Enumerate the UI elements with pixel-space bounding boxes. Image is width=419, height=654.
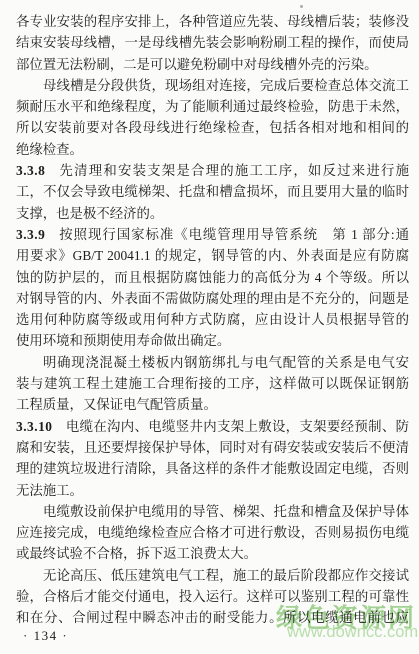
text-line: 用要求》GB/T 20041.1 的规定，钢导管的内、外表面是应有防腐 (16, 245, 409, 266)
line-text: 验，合格后才能交付通电，投入运行。这样可以鉴别工程的可靠性 (16, 589, 409, 604)
clause-number: 3.3.8 (16, 163, 45, 178)
text-line: 理的建筑垃圾进行清除，具备这样的条件才能敷设固定电缆，否则 (16, 458, 409, 479)
text-line: 腐和安装，且还要焊接保护导体，同时对有碍安装或安装后不便清 (16, 437, 409, 458)
text-line: 绝缘检查。 (16, 139, 409, 160)
text-line: 部位置无法粉刷，二是可以避免粉刷中对母线槽外壳的污染。 (16, 54, 409, 75)
line-text: 母线槽是分段供货，现场组对连接，完成后要检查总体交流工 (43, 78, 409, 93)
line-text: 结束安装母线槽，一是母线槽先装会影响粉刷工程的操作，而使局 (16, 35, 409, 50)
text-line: 和在分、合闸过程中瞬态冲击的耐受能力。所以电缆通电前也应 (16, 607, 409, 628)
text-line: 3.3.10电缆在沟内、电缆竖井内支架上敷设，支架要经预制、防 (16, 416, 409, 437)
line-text: 和在分、合闸过程中瞬态冲击的耐受能力。所以电缆通电前也应 (16, 610, 409, 625)
line-text: 蚀的防护层的，而且根据防腐蚀能力的高低分为 4 个等级。所以 (16, 270, 409, 285)
clause-number: 3.3.9 (16, 227, 45, 242)
text-line: 无论高压、低压建筑电气工程，施工的最后阶段都应作交接试 (16, 565, 409, 586)
line-text: 绝缘检查。 (16, 142, 83, 157)
line-text: 使用环境和预期使用寿命做出确定。 (16, 333, 230, 348)
line-text: 无论高压、低压建筑电气工程，施工的最后阶段都应作交接试 (43, 568, 409, 583)
line-text: 腐和安装，且还要焊接保护导体，同时对有碍安装或安装后不便清 (16, 440, 409, 455)
line-text: 所以安装前要对各段母线进行绝缘检查，包括各相对地和相间的 (16, 120, 409, 135)
text-line: 电缆敷设前保护电缆用的导管、梯架、托盘和槽盒及保护导体 (16, 501, 409, 522)
text-line: 母线槽是分段供货，现场组对连接，完成后要检查总体交流工 (16, 75, 409, 96)
line-text: 电缆在沟内、电缆竖井内支架上敷设，支架要经预制、防 (65, 419, 409, 434)
text-line: 明确现浇混凝土楼板内钢筋绑扎与电气配管的关系是电气安 (16, 352, 409, 373)
line-text: 对钢导管的内、外表面不需做防腐处理的理由是不充分的，问题是 (16, 291, 409, 306)
text-line: 应连接完成，电缆绝缘检查应合格才可进行敷设，否则易损伤电缆 (16, 522, 409, 543)
text-line: 对钢导管的内、外表面不需做防腐处理的理由是不充分的，问题是 (16, 288, 409, 309)
line-text: 电缆敷设前保护电缆用的导管、梯架、托盘和槽盒及保护导体 (43, 504, 409, 519)
text-line: 选用何种防腐等级或用何种方式防腐，应由设计人员根据导管的 (16, 309, 409, 330)
text-line: 蚀的防护层的，而且根据防腐蚀能力的高低分为 4 个等级。所以 (16, 267, 409, 288)
text-line: 工，不仅会导致电缆梯架、托盘和槽盒损坏，而且要用大量的临时 (16, 181, 409, 202)
text-line: 频耐压水平和绝缘程度，为了能顺利通过最终检验，防患于未然， (16, 96, 409, 117)
text-line: 结束安装母线槽，一是母线槽先装会影响粉刷工程的操作，而使局 (16, 32, 409, 53)
line-text: 先清理和安装支架是合理的施工工序，如反过来进行施 (58, 163, 409, 178)
text-line: 3.3.9按照现行国家标准《电缆管理用导管系统 第 1 部分:通 (16, 224, 409, 245)
line-text: 应连接完成，电缆绝缘检查应合格才可进行敷设，否则易损伤电缆 (16, 525, 409, 540)
line-text: 无法施工。 (16, 483, 83, 498)
line-text: 支撑，也是极不经济的。 (16, 206, 163, 221)
book-page: 绿色资源网 www.downcc.com 各专业安装的程序安排上，各种管道应先装… (0, 0, 419, 654)
text-line: 或最终试验不合格，拆下返工浪费太大。 (16, 543, 409, 564)
line-text: 频耐压水平和绝缘程度，为了能顺利通过最终检验，防患于未然， (16, 99, 409, 114)
line-text: 理的建筑垃圾进行清除，具备这样的条件才能敷设固定电缆，否则 (16, 461, 409, 476)
text-line: 支撑，也是极不经济的。 (16, 203, 409, 224)
text-line: 装与建筑工程土建施工合理衔接的工序，这样做可以既保证钢筋 (16, 373, 409, 394)
line-text: 按照现行国家标准《电缆管理用导管系统 第 1 部分:通 (58, 227, 409, 242)
body-text: 各专业安装的程序安排上，各种管道应先装、母线槽后装；装修没 结束安装母线槽，一是… (16, 11, 409, 629)
text-line: 工程质量，又保证电气配管质量。 (16, 394, 409, 415)
line-text: 工，不仅会导致电缆梯架、托盘和槽盒损坏，而且要用大量的临时 (16, 184, 409, 199)
line-text: 明确现浇混凝土楼板内钢筋绑扎与电气配管的关系是电气安 (43, 355, 409, 370)
line-text: 工程质量，又保证电气配管质量。 (16, 397, 217, 412)
text-line: 无法施工。 (16, 480, 409, 501)
line-text: 部位置无法粉刷，二是可以避免粉刷中对母线槽外壳的污染。 (16, 57, 378, 72)
text-line: 使用环境和预期使用寿命做出确定。 (16, 330, 409, 351)
text-line: 验，合格后才能交付通电，投入运行。这样可以鉴别工程的可靠性 (16, 586, 409, 607)
text-line: 各专业安装的程序安排上，各种管道应先装、母线槽后装；装修没 (16, 11, 409, 32)
clause-number: 3.3.10 (16, 419, 52, 434)
line-text: 各专业安装的程序安排上，各种管道应先装、母线槽后装；装修没 (16, 14, 409, 29)
line-text: 或最终试验不合格，拆下返工浪费太大。 (16, 546, 257, 561)
text-line: 3.3.8先清理和安装支架是合理的施工工序，如反过来进行施 (16, 160, 409, 181)
line-text: 装与建筑工程土建施工合理衔接的工序，这样做可以既保证钢筋 (16, 376, 409, 391)
line-text: 用要求》GB/T 20041.1 的规定，钢导管的内、外表面是应有防腐 (16, 248, 409, 263)
line-text: 选用何种防腐等级或用何种方式防腐，应由设计人员根据导管的 (16, 312, 409, 327)
text-line: 所以安装前要对各段母线进行绝缘检查，包括各相对地和相间的 (16, 117, 409, 138)
page-number: · 134 · (23, 628, 68, 644)
